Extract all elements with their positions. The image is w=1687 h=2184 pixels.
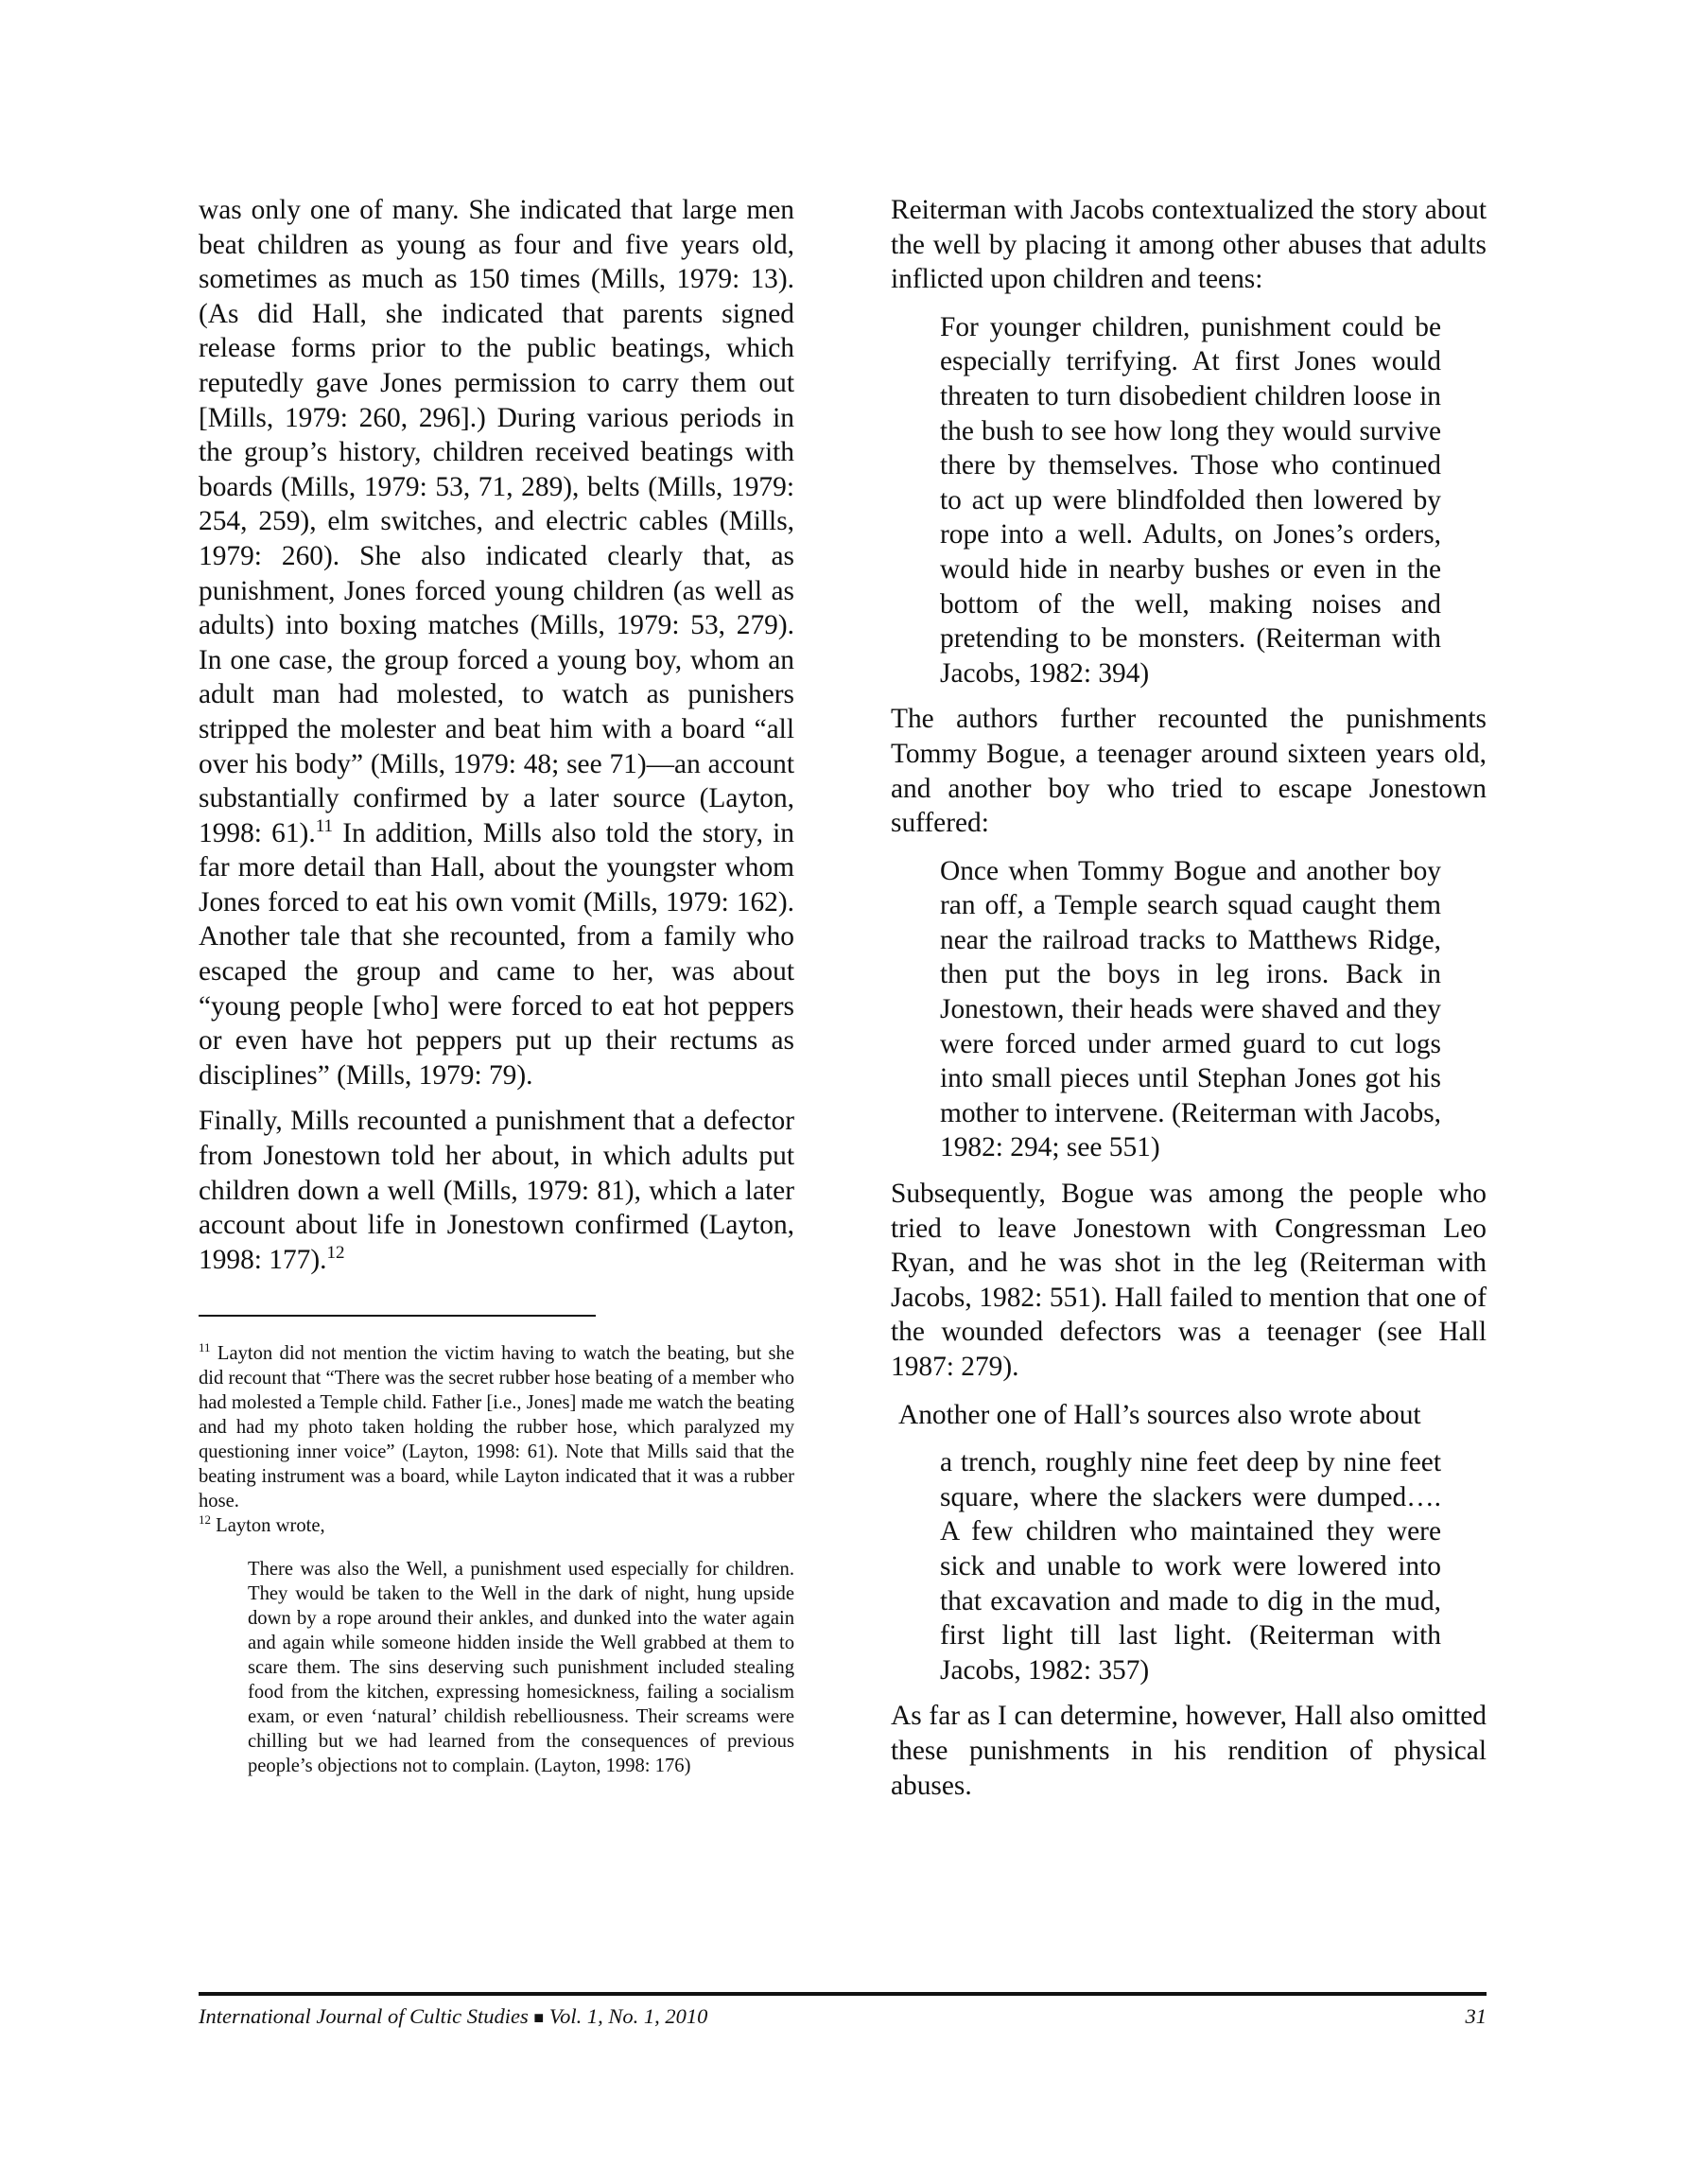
page-number: 31 xyxy=(1466,2002,1487,2031)
body-paragraph: Finally, Mills recounted a punishment th… xyxy=(199,1104,794,1277)
footnote-12: 12 Layton wrote, xyxy=(199,1513,794,1538)
square-separator-icon: ■ xyxy=(533,2008,544,2027)
body-paragraph: Subsequently, Bogue was among the people… xyxy=(891,1177,1487,1385)
footnote-ref-11[interactable]: 11 xyxy=(316,816,333,836)
journal-citation: International Journal of Cultic Studies … xyxy=(199,2002,707,2032)
block-quote: For younger children, punishment could b… xyxy=(940,310,1441,691)
paragraph-text: was only one of many. She indicated that… xyxy=(199,195,794,848)
footnote-number: 12 xyxy=(199,1512,211,1527)
footnote-11: 11 Layton did not mention the victim hav… xyxy=(199,1341,794,1513)
footnote-text: Layton did not mention the victim having… xyxy=(199,1343,794,1511)
footnote-block-quote: There was also the Well, a punishment us… xyxy=(248,1557,794,1778)
footnote-number: 11 xyxy=(199,1340,211,1354)
right-column: Reiterman with Jacobs contextualized the… xyxy=(891,193,1487,1803)
body-paragraph: Another one of Hall’s sources also wrote… xyxy=(891,1398,1487,1433)
body-paragraph: Reiterman with Jacobs contextualized the… xyxy=(891,193,1487,297)
footnote-text: Layton wrote, xyxy=(211,1515,325,1536)
journal-title: International Journal of Cultic Studies xyxy=(199,2004,529,2028)
block-quote: Once when Tommy Bogue and another boy ra… xyxy=(940,854,1441,1165)
journal-volume: Vol. 1, No. 1, 2010 xyxy=(549,2004,708,2028)
block-quote: a trench, roughly nine feet deep by nine… xyxy=(940,1445,1441,1687)
body-paragraph: The authors further recounted the punish… xyxy=(891,702,1487,840)
paragraph-text: Finally, Mills recounted a punishment th… xyxy=(199,1106,794,1274)
body-paragraph: was only one of many. She indicated that… xyxy=(199,193,794,1092)
footnote-ref-12[interactable]: 12 xyxy=(327,1243,345,1263)
left-column: was only one of many. She indicated that… xyxy=(199,193,794,1778)
footnote-separator xyxy=(199,1315,596,1317)
paragraph-text-continued: In addition, Mills also told the story, … xyxy=(199,818,794,1091)
footer-rule xyxy=(199,1992,1487,1996)
body-paragraph: As far as I can determine, however, Hall… xyxy=(891,1699,1487,1803)
